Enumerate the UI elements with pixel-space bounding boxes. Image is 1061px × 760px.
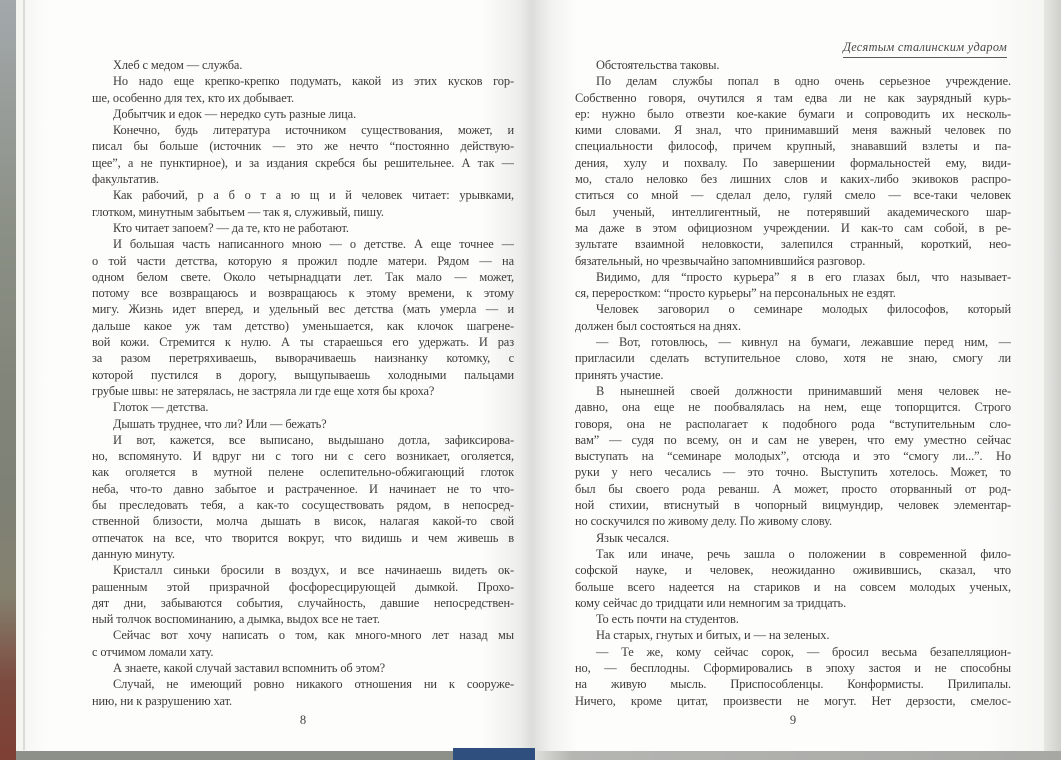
text-line: То есть почти на студентов. bbox=[575, 611, 1011, 627]
text-line: вой кожи. Стремится к нулю. А ты стараеш… bbox=[92, 334, 514, 350]
text-line: потому все возвращаюсь и возвращаюсь к э… bbox=[92, 285, 514, 301]
right-page-header: Десятым сталинским ударом bbox=[575, 38, 1007, 58]
text-line: кими словами. Я знал, что принимавший ме… bbox=[575, 122, 1011, 138]
text-line: дят дни, забываются события, случайность… bbox=[92, 595, 514, 611]
text-line: ститься со мной — сделал дело, гуляй сме… bbox=[575, 187, 1011, 203]
text-line: неба, что-то давно забытое и растраченно… bbox=[92, 481, 514, 497]
bottom-edge-blue-segment bbox=[453, 748, 535, 760]
text-line: Дышать труднее, что ли? Или — бежать? bbox=[92, 416, 514, 432]
right-page-text: Обстоятельства таковы.По делам службы по… bbox=[575, 57, 1011, 709]
text-line: кому сейчас до тридцати или немногим за … bbox=[575, 595, 1011, 611]
scan-bottom-edge bbox=[0, 748, 1061, 760]
text-line: Язык чесался. bbox=[575, 530, 1011, 546]
text-line: писал бы больше (источник — это же нечто… bbox=[92, 138, 514, 154]
text-line: ше, особенно для тех, кто их добывает. bbox=[92, 90, 514, 106]
text-line: но, — бесплодны. Сформировались в эпоху … bbox=[575, 660, 1011, 676]
text-line: софской науке, и человек, неожиданно ожи… bbox=[575, 562, 1011, 578]
left-page-text: Хлеб с медом — служба.Но надо еще крепко… bbox=[92, 57, 514, 709]
text-line: мо, стало неловко без лишних слов и каки… bbox=[575, 171, 1011, 187]
text-line: Ничего, кроме цитат, произвести не могут… bbox=[575, 693, 1011, 709]
text-line: давно, она еще не пообвалялась на нем, е… bbox=[575, 399, 1011, 415]
book-edge-right bbox=[1044, 0, 1061, 760]
text-line: глотком, минутным забытьем — так я, служ… bbox=[92, 204, 514, 220]
text-line: пригласили сделать вступительное слово, … bbox=[575, 350, 1011, 366]
text-line: но соскучился по живому делу. По живому … bbox=[575, 513, 1011, 529]
text-line: нию, ни к разрушению хат. bbox=[92, 693, 514, 709]
text-line: за разом перетряхиваешь, выворачиваешь н… bbox=[92, 350, 514, 366]
text-line: Кто читает запоем? — да те, кто не работ… bbox=[92, 220, 514, 236]
text-line: больше всего надеется на стариков и на с… bbox=[575, 579, 1011, 595]
text-line: которой пустился в дорогу, выщупываешь х… bbox=[92, 367, 514, 383]
text-line: с отчимом ломали хату. bbox=[92, 644, 514, 660]
text-line: Глоток — детства. bbox=[92, 399, 514, 415]
text-line: данную минуту. bbox=[92, 546, 514, 562]
text-line: бы преследовать тебя, а как-то сосуществ… bbox=[92, 497, 514, 513]
text-line: ся, переростком: “просто курьеры” на пер… bbox=[575, 285, 1011, 301]
text-line: Человек заговорил о семинаре молодых фил… bbox=[575, 301, 1011, 317]
text-line: был ученый, интеллигентный, не потерявши… bbox=[575, 204, 1011, 220]
text-line: мигу. Жизнь идет вперед, и удельный вес … bbox=[92, 301, 514, 317]
text-line: Собственно говоря, очутился я там едва л… bbox=[575, 90, 1011, 106]
text-line: говоря, она не располагает к подобного р… bbox=[575, 416, 1011, 432]
text-line: но, вспомянуто. И вдруг ни с того ни с с… bbox=[92, 448, 514, 464]
text-line: — Те же, кому сейчас сорок, — бросил вес… bbox=[575, 644, 1011, 660]
text-line: рашенным этой призрачной фосфоресцирующе… bbox=[92, 579, 514, 595]
text-line: И большая часть написанного мною — о дет… bbox=[92, 236, 514, 252]
text-line: выступать на “семинаре молодых”, отсюда … bbox=[575, 448, 1011, 464]
text-line: Кристалл синьки бросили в воздух, и все … bbox=[92, 562, 514, 578]
text-line: Добытчик и едок — нередко суть разные ли… bbox=[92, 106, 514, 122]
text-line: факультатив. bbox=[92, 171, 514, 187]
text-line: принять участие. bbox=[575, 367, 1011, 383]
text-line: Так или иначе, речь зашла о положении в … bbox=[575, 546, 1011, 562]
text-line: Сейчас вот хочу написать о том, как мног… bbox=[92, 627, 514, 643]
text-line: специальности философ, причем крупный, з… bbox=[575, 138, 1011, 154]
text-line: зультате взаимной неловкости, залепился … bbox=[575, 236, 1011, 252]
text-line: По делам службы попал в одно очень серье… bbox=[575, 73, 1011, 89]
text-line: вам” — судя по всему, он и сам не уверен… bbox=[575, 432, 1011, 448]
running-header-text: Десятым сталинским ударом bbox=[843, 40, 1007, 58]
text-line: ма даже в этом официозном учреждении. И … bbox=[575, 220, 1011, 236]
text-line: Конечно, будь литература источником суще… bbox=[92, 122, 514, 138]
book-scan-spread: Хлеб с медом — служба.Но надо еще крепко… bbox=[0, 0, 1061, 760]
text-line: дения, хулу и похвалу. По завершении фор… bbox=[575, 155, 1011, 171]
book-edge-left bbox=[0, 0, 16, 760]
text-line: ственной близости, молча дышать в висок,… bbox=[92, 513, 514, 529]
text-line: щее”, а не пунктирное), и за издания скр… bbox=[92, 155, 514, 171]
text-line: В нынешней своей должности принимавший м… bbox=[575, 383, 1011, 399]
text-line: Хлеб с медом — служба. bbox=[92, 57, 514, 73]
text-line: ный толчок воспоминанию, а дымка, выдох … bbox=[92, 611, 514, 627]
page-edge-line bbox=[23, 0, 25, 750]
text-line: грубые швы: не затерялась, не застряла л… bbox=[92, 383, 514, 399]
text-line: И вот, кажется, все выписано, выдышано д… bbox=[92, 432, 514, 448]
text-line: о той части детства, которую я прожил по… bbox=[92, 253, 514, 269]
text-line: На старых, гнутых и битых, и — на зелены… bbox=[575, 627, 1011, 643]
text-line: Но надо еще крепко-крепко подумать, како… bbox=[92, 73, 514, 89]
text-line: Видимо, для “просто курьера” я в его гла… bbox=[575, 269, 1011, 285]
text-line: А знаете, какой случай заставил вспомнит… bbox=[92, 660, 514, 676]
text-line: на живую мысль. Приспособленцы. Конформи… bbox=[575, 676, 1011, 692]
text-line: Случай, не имеющий ровно никакого отноше… bbox=[92, 676, 514, 692]
text-line: одном белом свете. Около четырнадцати ле… bbox=[92, 269, 514, 285]
text-line: дальше какое уж там детство) уменьшается… bbox=[92, 318, 514, 334]
text-line: должен был состояться на днях. bbox=[575, 318, 1011, 334]
left-page-number: 8 bbox=[92, 713, 514, 728]
text-line: Обстоятельства таковы. bbox=[575, 57, 1011, 73]
text-line: был бы своего рода реванш. А может, прос… bbox=[575, 481, 1011, 497]
text-line: ной стихии, втиснутый в чопорный вицмунд… bbox=[575, 497, 1011, 513]
text-line: бязательный, но чрезвычайно запомнившийс… bbox=[575, 253, 1011, 269]
right-page-number: 9 bbox=[575, 713, 1011, 728]
text-line: — Вот, готовлюсь, — кивнул на бумаги, ле… bbox=[575, 334, 1011, 350]
text-line: руки у него чесались — это точно. Выступ… bbox=[575, 464, 1011, 480]
text-line: Как рабочий, р а б о т а ю щ и й человек… bbox=[92, 187, 514, 203]
text-line: ер: нужно было отвезти кое-какие бумаги … bbox=[575, 106, 1011, 122]
text-line: как оголяется в мутной пелене ослепитель… bbox=[92, 464, 514, 480]
bottom-edge-gray-segment bbox=[16, 751, 453, 760]
bottom-edge-right-segment bbox=[535, 751, 1061, 760]
text-line: отпечаток на все, что творится вокруг, ч… bbox=[92, 530, 514, 546]
